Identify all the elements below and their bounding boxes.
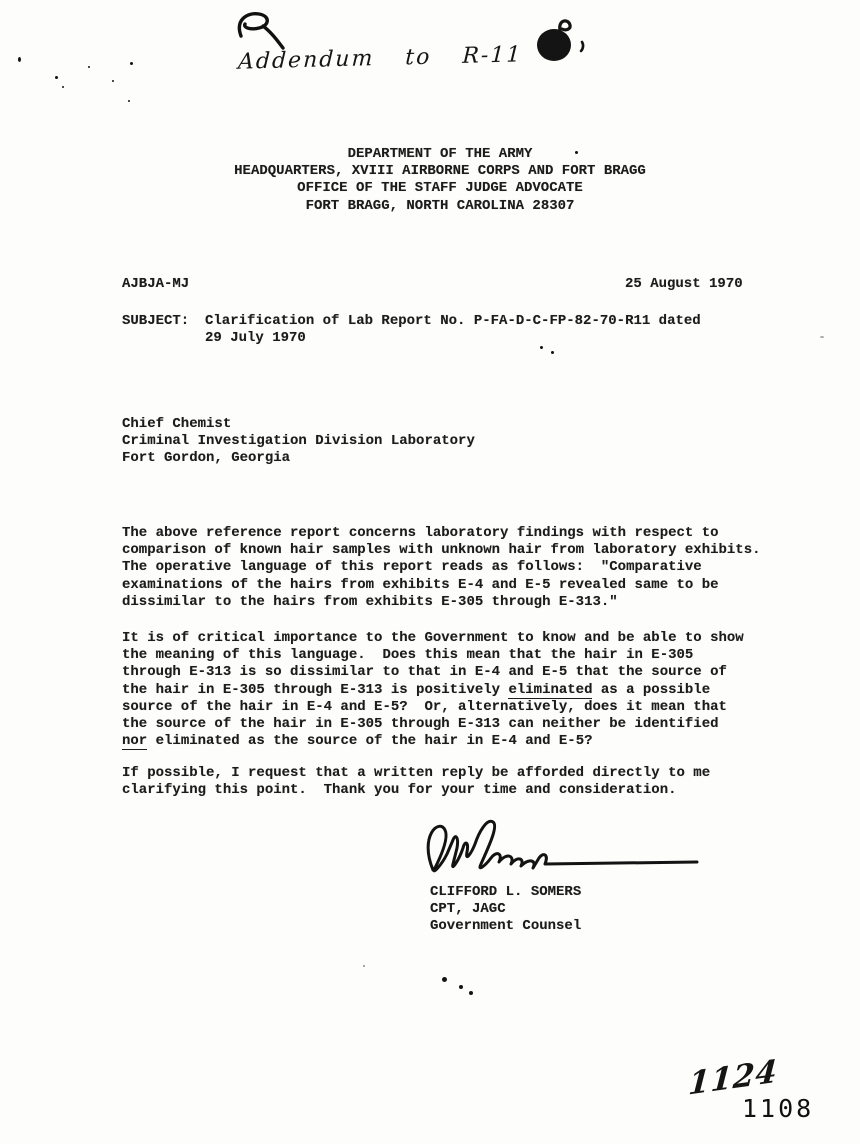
ink-blob-mark (524, 16, 594, 66)
scan-artifact (540, 346, 543, 349)
body-paragraph-1: The above reference report concerns labo… (122, 525, 761, 611)
body-paragraph-3: If possible, I request that a written re… (122, 765, 710, 799)
body-paragraph-2: It is of critical importance to the Gove… (122, 630, 744, 750)
scan-artifact (820, 336, 824, 338)
signer-rank: CPT, JAGC (430, 901, 581, 918)
scan-artifact (128, 100, 130, 102)
pen-scribble-mark (233, 10, 295, 52)
stamped-page-number: 1108 (742, 1094, 814, 1123)
signer-title: Government Counsel (430, 918, 581, 935)
scan-artifact (442, 977, 447, 982)
letter-date: 25 August 1970 (625, 276, 743, 293)
subject-block: SUBJECT: Clarification of Lab Report No.… (122, 313, 701, 347)
scan-artifact (18, 57, 21, 62)
scan-artifact (363, 965, 365, 967)
scan-artifact (469, 991, 473, 995)
signer-name: CLIFFORD L. SOMERS (430, 884, 581, 901)
addressee-block: Chief ChemistCriminal Investigation Divi… (122, 416, 475, 468)
subject-text: Clarification of Lab Report No. P-FA-D-C… (205, 313, 701, 347)
subject-label: SUBJECT: (122, 313, 205, 347)
document-page: Addendum to R-11 DEPARTMENT OF THE ARMYH… (0, 0, 860, 1144)
signature-typed-block: CLIFFORD L. SOMERS CPT, JAGC Government … (430, 884, 581, 936)
scan-artifact (55, 76, 58, 79)
scan-artifact (88, 66, 90, 68)
scan-artifact (551, 351, 554, 354)
signature (415, 814, 710, 886)
scan-artifact (459, 985, 463, 989)
scan-artifact (62, 86, 64, 88)
scan-artifact (112, 80, 114, 82)
office-symbol: AJBJA-MJ (122, 276, 189, 293)
scan-artifact (130, 62, 133, 65)
scan-artifact (575, 151, 578, 154)
letterhead: DEPARTMENT OF THE ARMYHEADQUARTERS, XVII… (120, 146, 760, 215)
